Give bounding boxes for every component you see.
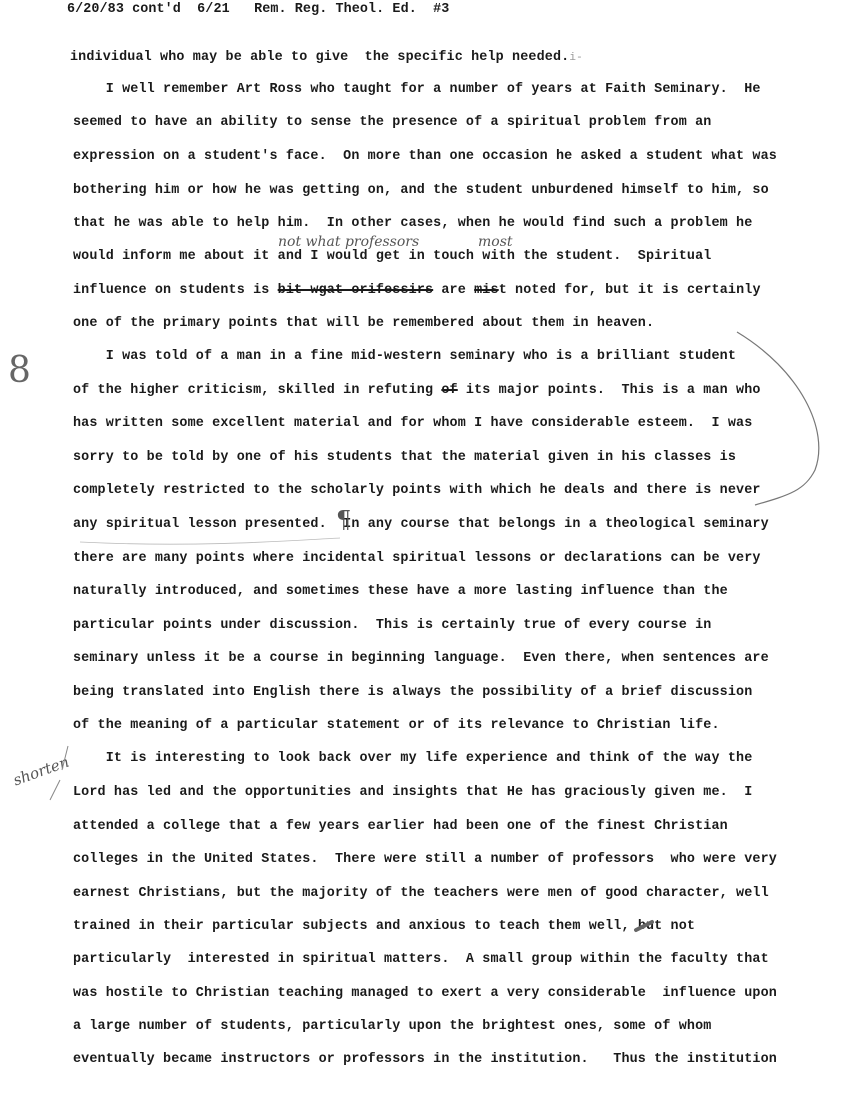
text-line: being translated into English there is a… bbox=[73, 685, 752, 701]
text-line: a large number of students, particularly… bbox=[73, 1019, 711, 1035]
handwritten-insert-most: most bbox=[478, 234, 513, 250]
text-line: completely restricted to the scholarly p… bbox=[73, 483, 761, 499]
text-line: earnest Christians, but the majority of … bbox=[73, 886, 769, 902]
text-line-edited: influence on students is bit wgat orifes… bbox=[73, 283, 761, 299]
text-line: sorry to be told by one of his students … bbox=[73, 450, 736, 466]
margin-note-shorten: shorten bbox=[11, 753, 72, 790]
text-line: there are many points where incidental s… bbox=[73, 551, 761, 567]
text-line: I was told of a man in a fine mid-wester… bbox=[73, 349, 736, 365]
struck-text: bit wgat orifessirs bbox=[278, 283, 434, 298]
underline-stroke-mark bbox=[80, 538, 340, 544]
document-page: 6/20/83 cont'd 6/21 Rem. Reg. Theol. Ed.… bbox=[0, 0, 853, 1100]
paragraph-mark: ¶ bbox=[336, 506, 351, 534]
text-line: individual who may be able to give the s… bbox=[70, 50, 583, 66]
text-line: was hostile to Christian teaching manage… bbox=[73, 986, 777, 1002]
text-line-edited: trained in their particular subjects and… bbox=[73, 919, 695, 935]
text-line: that he was able to help him. In other c… bbox=[73, 216, 752, 232]
text-line: particular points under discussion. This… bbox=[73, 618, 711, 634]
text-line: expression on a student's face. On more … bbox=[73, 149, 777, 165]
text-line: has written some excellent material and … bbox=[73, 416, 752, 432]
text-line: attended a college that a few years earl… bbox=[73, 819, 728, 835]
text-line-edited: of the higher criticism, skilled in refu… bbox=[73, 383, 761, 399]
handwritten-insert-professors: not what professors bbox=[278, 234, 419, 250]
margin-note-8: 8 bbox=[8, 350, 31, 391]
text-line: would inform me about it and I would get… bbox=[73, 249, 711, 265]
text-line: seminary unless it be a course in beginn… bbox=[73, 651, 769, 667]
text-line: one of the primary points that will be r… bbox=[73, 316, 654, 332]
pen-marks bbox=[0, 0, 853, 1100]
text-line: I well remember Art Ross who taught for … bbox=[73, 82, 761, 98]
stray-mark: i- bbox=[569, 52, 583, 64]
struck-text: of bbox=[441, 383, 457, 398]
text-line: bothering him or how he was getting on, … bbox=[73, 183, 769, 199]
text-line: naturally introduced, and sometimes thes… bbox=[73, 584, 728, 600]
struck-text: mis bbox=[474, 283, 499, 298]
text-line: eventually became instructors or profess… bbox=[73, 1052, 777, 1068]
page-header: 6/20/83 cont'd 6/21 Rem. Reg. Theol. Ed.… bbox=[67, 2, 449, 17]
text-line: of the meaning of a particular statement… bbox=[73, 718, 720, 734]
text-line: colleges in the United States. There wer… bbox=[73, 852, 777, 868]
text-line: Lord has led and the opportunities and i… bbox=[73, 785, 752, 801]
text-line-edited: any spiritual lesson presented. In any c… bbox=[73, 517, 769, 533]
text-line: seemed to have an ability to sense the p… bbox=[73, 115, 711, 131]
text-line: It is interesting to look back over my l… bbox=[73, 751, 752, 767]
text-line: particularly interested in spiritual mat… bbox=[73, 952, 769, 968]
